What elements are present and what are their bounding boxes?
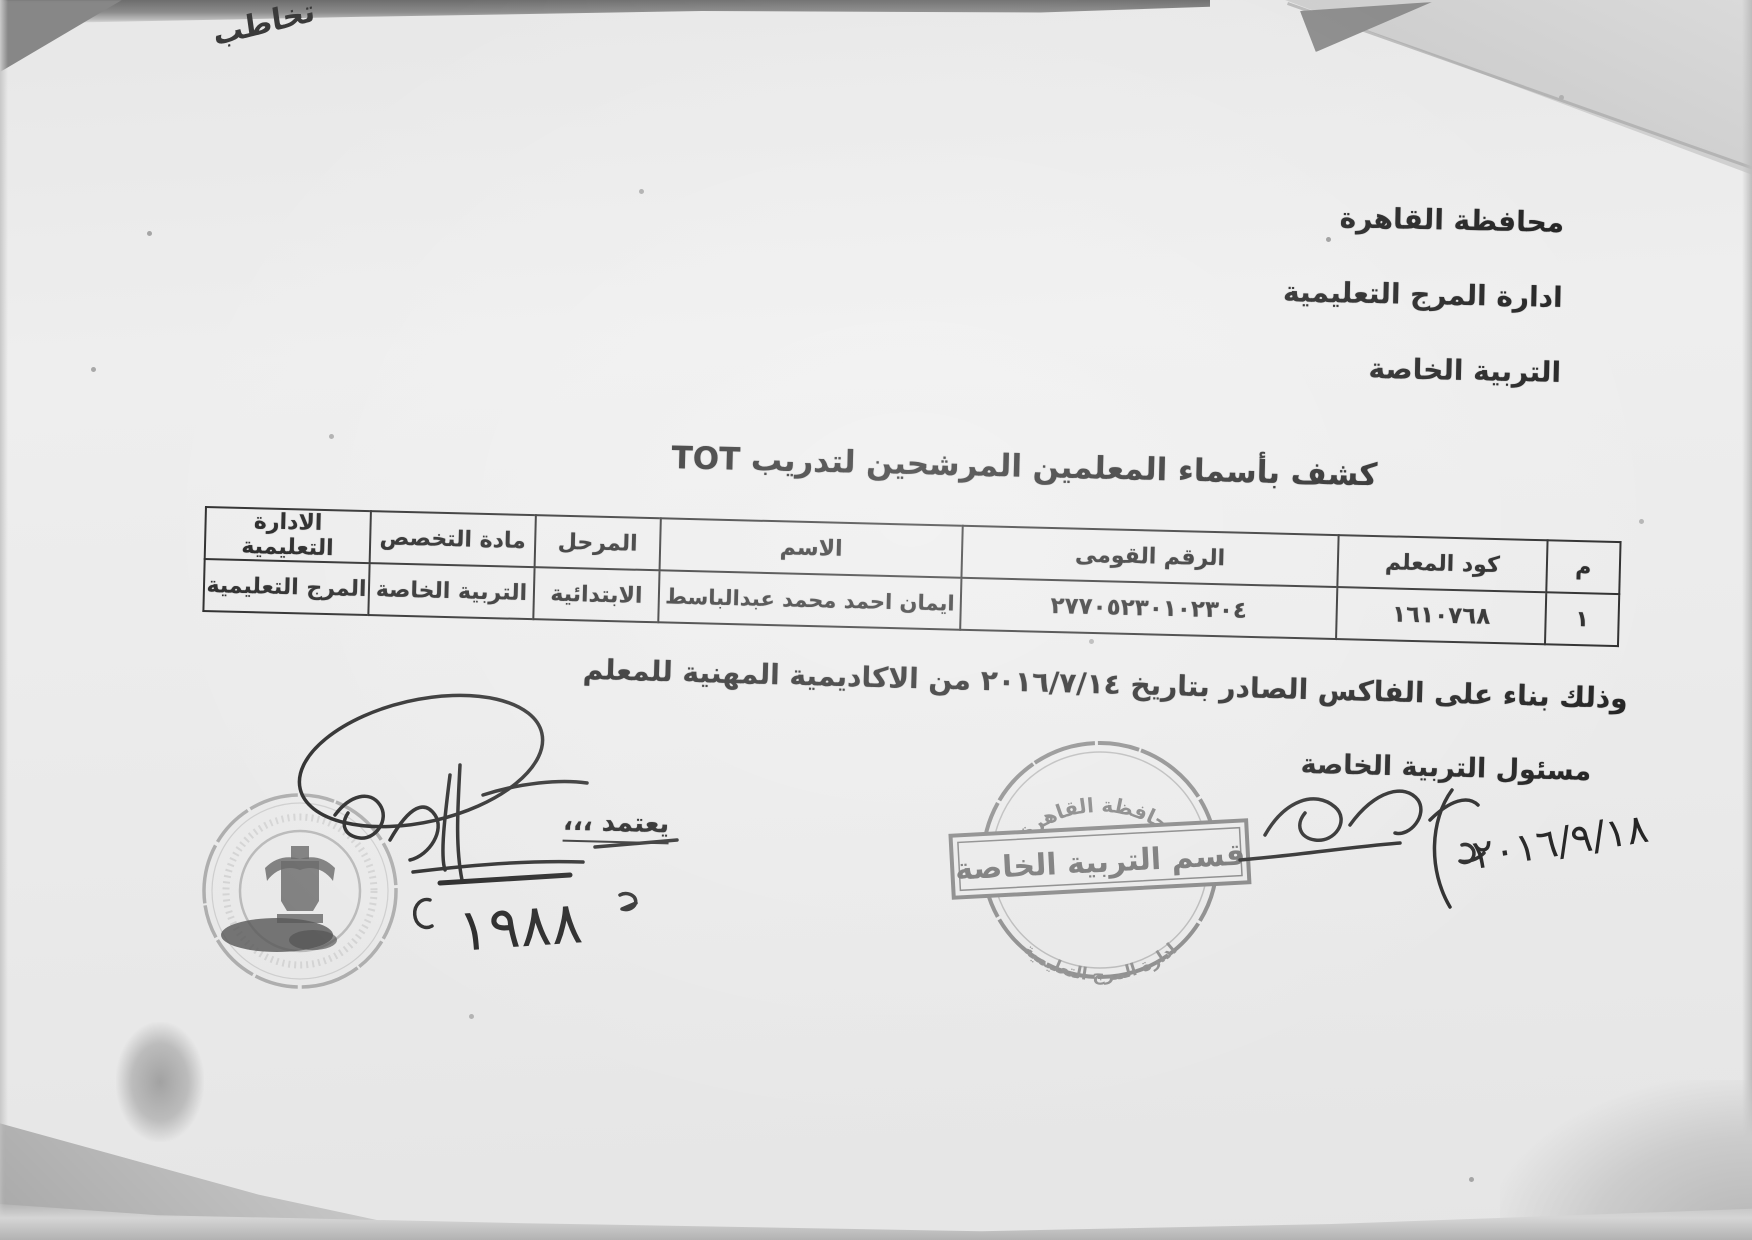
cell-stage: الابتدائية	[533, 567, 659, 622]
handwritten-number: ١٩٨٨	[456, 888, 585, 965]
cell-administration: المرج التعليمية	[203, 559, 369, 615]
cell-national-id: ٢٧٧٠٥٢٣٠١٠٢٣٠٤	[960, 578, 1337, 639]
col-header-stage: المرحل	[535, 515, 661, 570]
cell-name: ايمان احمد محمد عبدالباسط	[658, 570, 961, 629]
col-header-administration: الادارة التعليمية	[205, 507, 371, 563]
col-header-subject: مادة التخصص	[370, 511, 536, 567]
scan-smudge-left	[116, 1022, 204, 1142]
candidates-table: م كود المعلم الرقم القومى الاسم المرحل م…	[202, 506, 1621, 647]
cell-subject: التربية الخاصة	[368, 563, 534, 619]
letterhead-administration: ادارة المرج التعليمية	[1282, 274, 1563, 355]
handwritten-date: ٢٠١٦/٩/١٨	[1469, 806, 1651, 879]
document-title: كشف بأسماء المعلمين المرشحين لتدريب TOT	[584, 438, 1465, 495]
letterhead-governorate: محافظة القاهرة	[1284, 199, 1565, 280]
cell-index: ١	[1545, 592, 1619, 646]
col-header-national-id: الرقم القومى	[961, 526, 1338, 587]
candidates-table-wrap: م كود المعلم الرقم القومى الاسم المرحل م…	[202, 506, 1619, 647]
scan-edge-left	[0, 0, 8, 1240]
scan-edge-top	[0, 0, 1210, 24]
approval-signature: ١٩٨٨	[240, 655, 710, 985]
signatory-signature: ٢٠١٦/٩/١٨	[1200, 745, 1670, 935]
scanned-document: تخاطب محافظة القاهرة ادارة المرج التعليم…	[0, 0, 1752, 1240]
scan-specks	[0, 0, 3, 3]
cell-teacher-code: ١٦١٠٧٦٨	[1336, 587, 1546, 644]
scan-corner-top-left	[0, 0, 122, 72]
col-header-name: الاسم	[660, 518, 963, 577]
body-line: وذلك بناء على الفاكس الصادر بتاريخ ٢٠١٦/…	[582, 653, 1628, 715]
letterhead: محافظة القاهرة ادارة المرج التعليمية الت…	[1281, 199, 1565, 430]
col-header-teacher-code: كود المعلم	[1337, 535, 1547, 592]
col-header-index: م	[1546, 540, 1620, 594]
letterhead-department: التربية الخاصة	[1281, 349, 1562, 430]
scan-edge-right	[1742, 0, 1752, 1240]
stamp-arc-bottom-text: ادارة المرج التعليمية	[1019, 939, 1181, 985]
